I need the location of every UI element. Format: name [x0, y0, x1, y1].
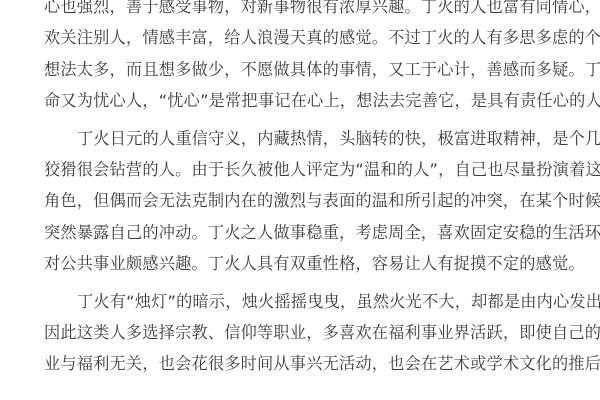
- text-line: 命又为忧心人，“忧心”是常把事记在心上，想法去完善它，是具有责任心的人。: [44, 85, 560, 116]
- text-line: 心也强烈，善于感受事物，对新事物很有浓厚兴趣。丁火的人也富有同情心，喜: [44, 0, 560, 22]
- paragraph-1: 心也强烈，善于感受事物，对新事物很有浓厚兴趣。丁火的人也富有同情心，喜 欢关注别…: [44, 0, 560, 117]
- text-line: 丁火有“烛灯”的暗示，烛火摇摇曳曳，虽然火光不大，却都是由内心发出，: [44, 286, 560, 317]
- paragraph-3: 丁火有“烛灯”的暗示，烛火摇摇曳曳，虽然火光不大，却都是由内心发出， 因此这类人…: [44, 286, 560, 380]
- text-line: 欢关注别人，情感丰富，给人浪漫天真的感觉。不过丁火的人有多思多虑的个性，: [44, 22, 560, 53]
- paragraph-2: 丁火日元的人重信守义，内藏热情，头脑转的快，极富进取精神，是个几近 狡猾很会钻营…: [44, 123, 560, 280]
- text-line: 丁火日元的人重信守义，内藏热情，头脑转的快，极富进取精神，是个几近: [44, 123, 560, 154]
- text-line: 狡猾很会钻营的人。由于长久被他人评定为“温和的人”，自己也尽量扮演着这个: [44, 154, 560, 185]
- article-body: 心也强烈，善于感受事物，对新事物很有浓厚兴趣。丁火的人也富有同情心，喜 欢关注别…: [44, 0, 560, 386]
- document-page: 心也强烈，善于感受事物，对新事物很有浓厚兴趣。丁火的人也富有同情心，喜 欢关注别…: [0, 0, 600, 400]
- text-line: 角色，但偶而会无法克制内在的激烈与表面的温和所引起的冲突，在某个时候会: [44, 185, 560, 216]
- text-line: 对公共事业颇感兴趣。丁火人具有双重性格，容易让人有捉摸不定的感觉。: [44, 248, 560, 279]
- text-line: 想法太多，而且想多做少，不愿做具体的事情，又工于心计，善感而多疑。丁火: [44, 54, 560, 85]
- text-line: 突然暴露自己的冲动。丁火之人做事稳重，考虑周全，喜欢固定安稳的生活环境，: [44, 217, 560, 248]
- text-line: 因此这类人多选择宗教、信仰等职业，多喜欢在福利事业界活跃，即使自己的职: [44, 317, 560, 348]
- text-line: 业与福利无关，也会花很多时间从事兴无活动，也会在艺术或学术文化的推后: [44, 348, 560, 379]
